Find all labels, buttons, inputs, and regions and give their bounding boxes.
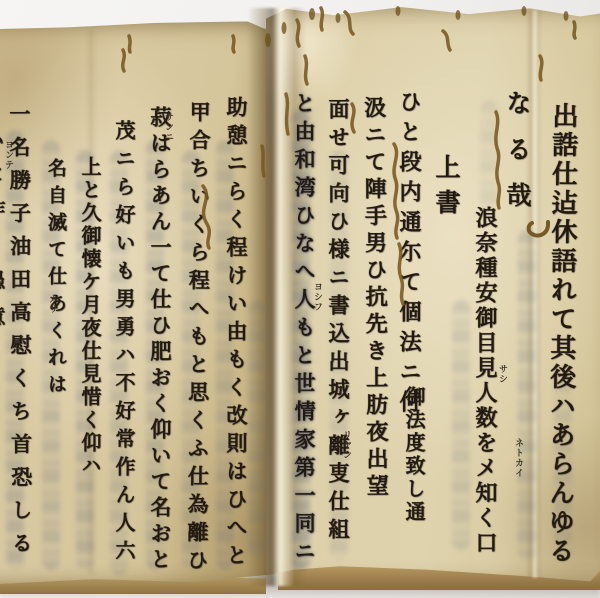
furigana-annotation: カリ: [47, 294, 56, 314]
manuscript-column: と由和湾ひなへ人もと世情家第一同ニ: [294, 92, 315, 570]
furigana-annotation: サンニ: [163, 112, 172, 142]
furigana-annotation: ヨンテ: [3, 140, 12, 170]
furigana-annotation: ヨシフ: [312, 282, 321, 312]
manuscript-column: 浪奈種安御目見人数をメ知く口: [474, 206, 496, 560]
book-photo: 出誥仕迠休語れて其後ハあらんゆる なる哉 浪奈種安御目見人数をメ知く口 上書 ひ…: [0, 0, 600, 598]
manuscript-column: 面せ可向ひ様ニ書込出城ヶ離叓仕組: [328, 98, 349, 560]
furigana-annotation: リヤン: [341, 430, 350, 460]
manuscript-column: 汲ニて陣手男ひ抗先き上肪夜出望: [363, 96, 388, 506]
manuscript-column: 菽はらあん一て仕ひ肥おく仰いて名おと: [150, 106, 171, 568]
manuscript-column: ひと段内通尓て個法ニ付: [398, 90, 420, 426]
manuscript-column: 一名勝子油田高慰くち首恐しる: [9, 103, 32, 567]
manuscript-column: 甲合ちいくら程へもと思くふ仕為離ひ: [187, 101, 210, 569]
manuscript-column: なる哉: [505, 90, 530, 240]
manuscript-column: 上と久御懐ケ月夜仕見惜く仰ハ: [80, 156, 100, 486]
ink-show-through: [452, 300, 470, 550]
manuscript-column: 名自滅て仕あくれは: [46, 158, 65, 408]
manuscript-column: 上書: [434, 154, 459, 230]
furigana-annotation: ネトカイ: [513, 438, 522, 478]
manuscript-column: 助憩ニらく程けい由もく改則はひへと: [226, 96, 247, 568]
ink-show-through: [248, 300, 266, 560]
manuscript-column: 出誥仕迠休語れて其後ハあらんゆる: [546, 102, 576, 574]
ink-show-through: [480, 100, 498, 210]
manuscript-column: 茂ニら好いも男勇ハ不好常作ん人六: [114, 120, 134, 572]
furigana-annotation: サシ: [497, 364, 506, 384]
ink-show-through: [518, 230, 536, 560]
manuscript-column: 御法度致し通: [404, 386, 424, 528]
